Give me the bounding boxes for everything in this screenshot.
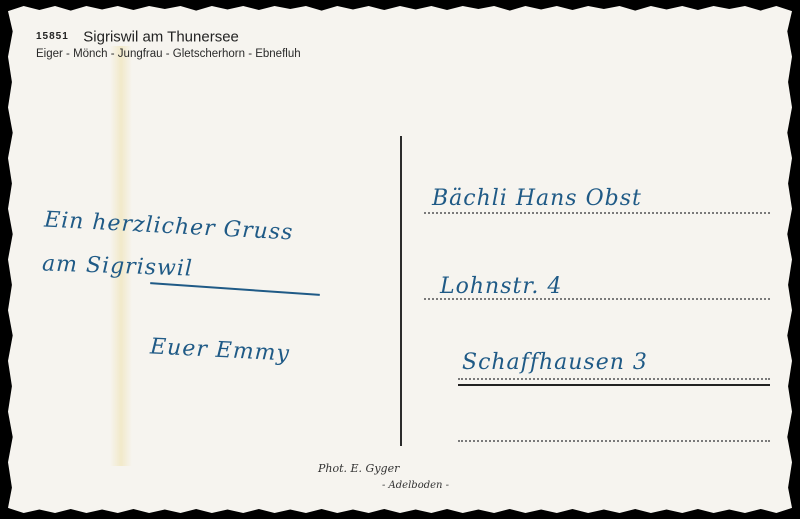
message-line-2: am Sigriswil xyxy=(42,251,194,281)
address-city-underline xyxy=(458,384,770,386)
address-dotted-line-3 xyxy=(458,378,770,380)
address-line-2: Lohnstr. 4 xyxy=(440,274,562,299)
postcard-header: 15851 Sigriswil am Thunersee xyxy=(36,28,239,46)
center-divider xyxy=(400,136,402,446)
address-dotted-line-2 xyxy=(424,298,770,300)
photographer-place: - Adelboden - xyxy=(382,480,449,491)
postcard-subtitle: Eiger - Mönch - Jungfrau - Gletscherhorn… xyxy=(36,48,301,60)
address-dotted-line-1 xyxy=(424,212,770,214)
card-number: 15851 xyxy=(36,31,69,42)
photographer-name: Phot. E. Gyger xyxy=(318,462,399,475)
address-dotted-line-4 xyxy=(458,440,770,442)
address-line-3: Schaffhausen 3 xyxy=(462,350,648,375)
address-line-1: Bächli Hans Obst xyxy=(432,186,642,211)
postcard-title: Sigriswil am Thunersee xyxy=(83,28,239,45)
